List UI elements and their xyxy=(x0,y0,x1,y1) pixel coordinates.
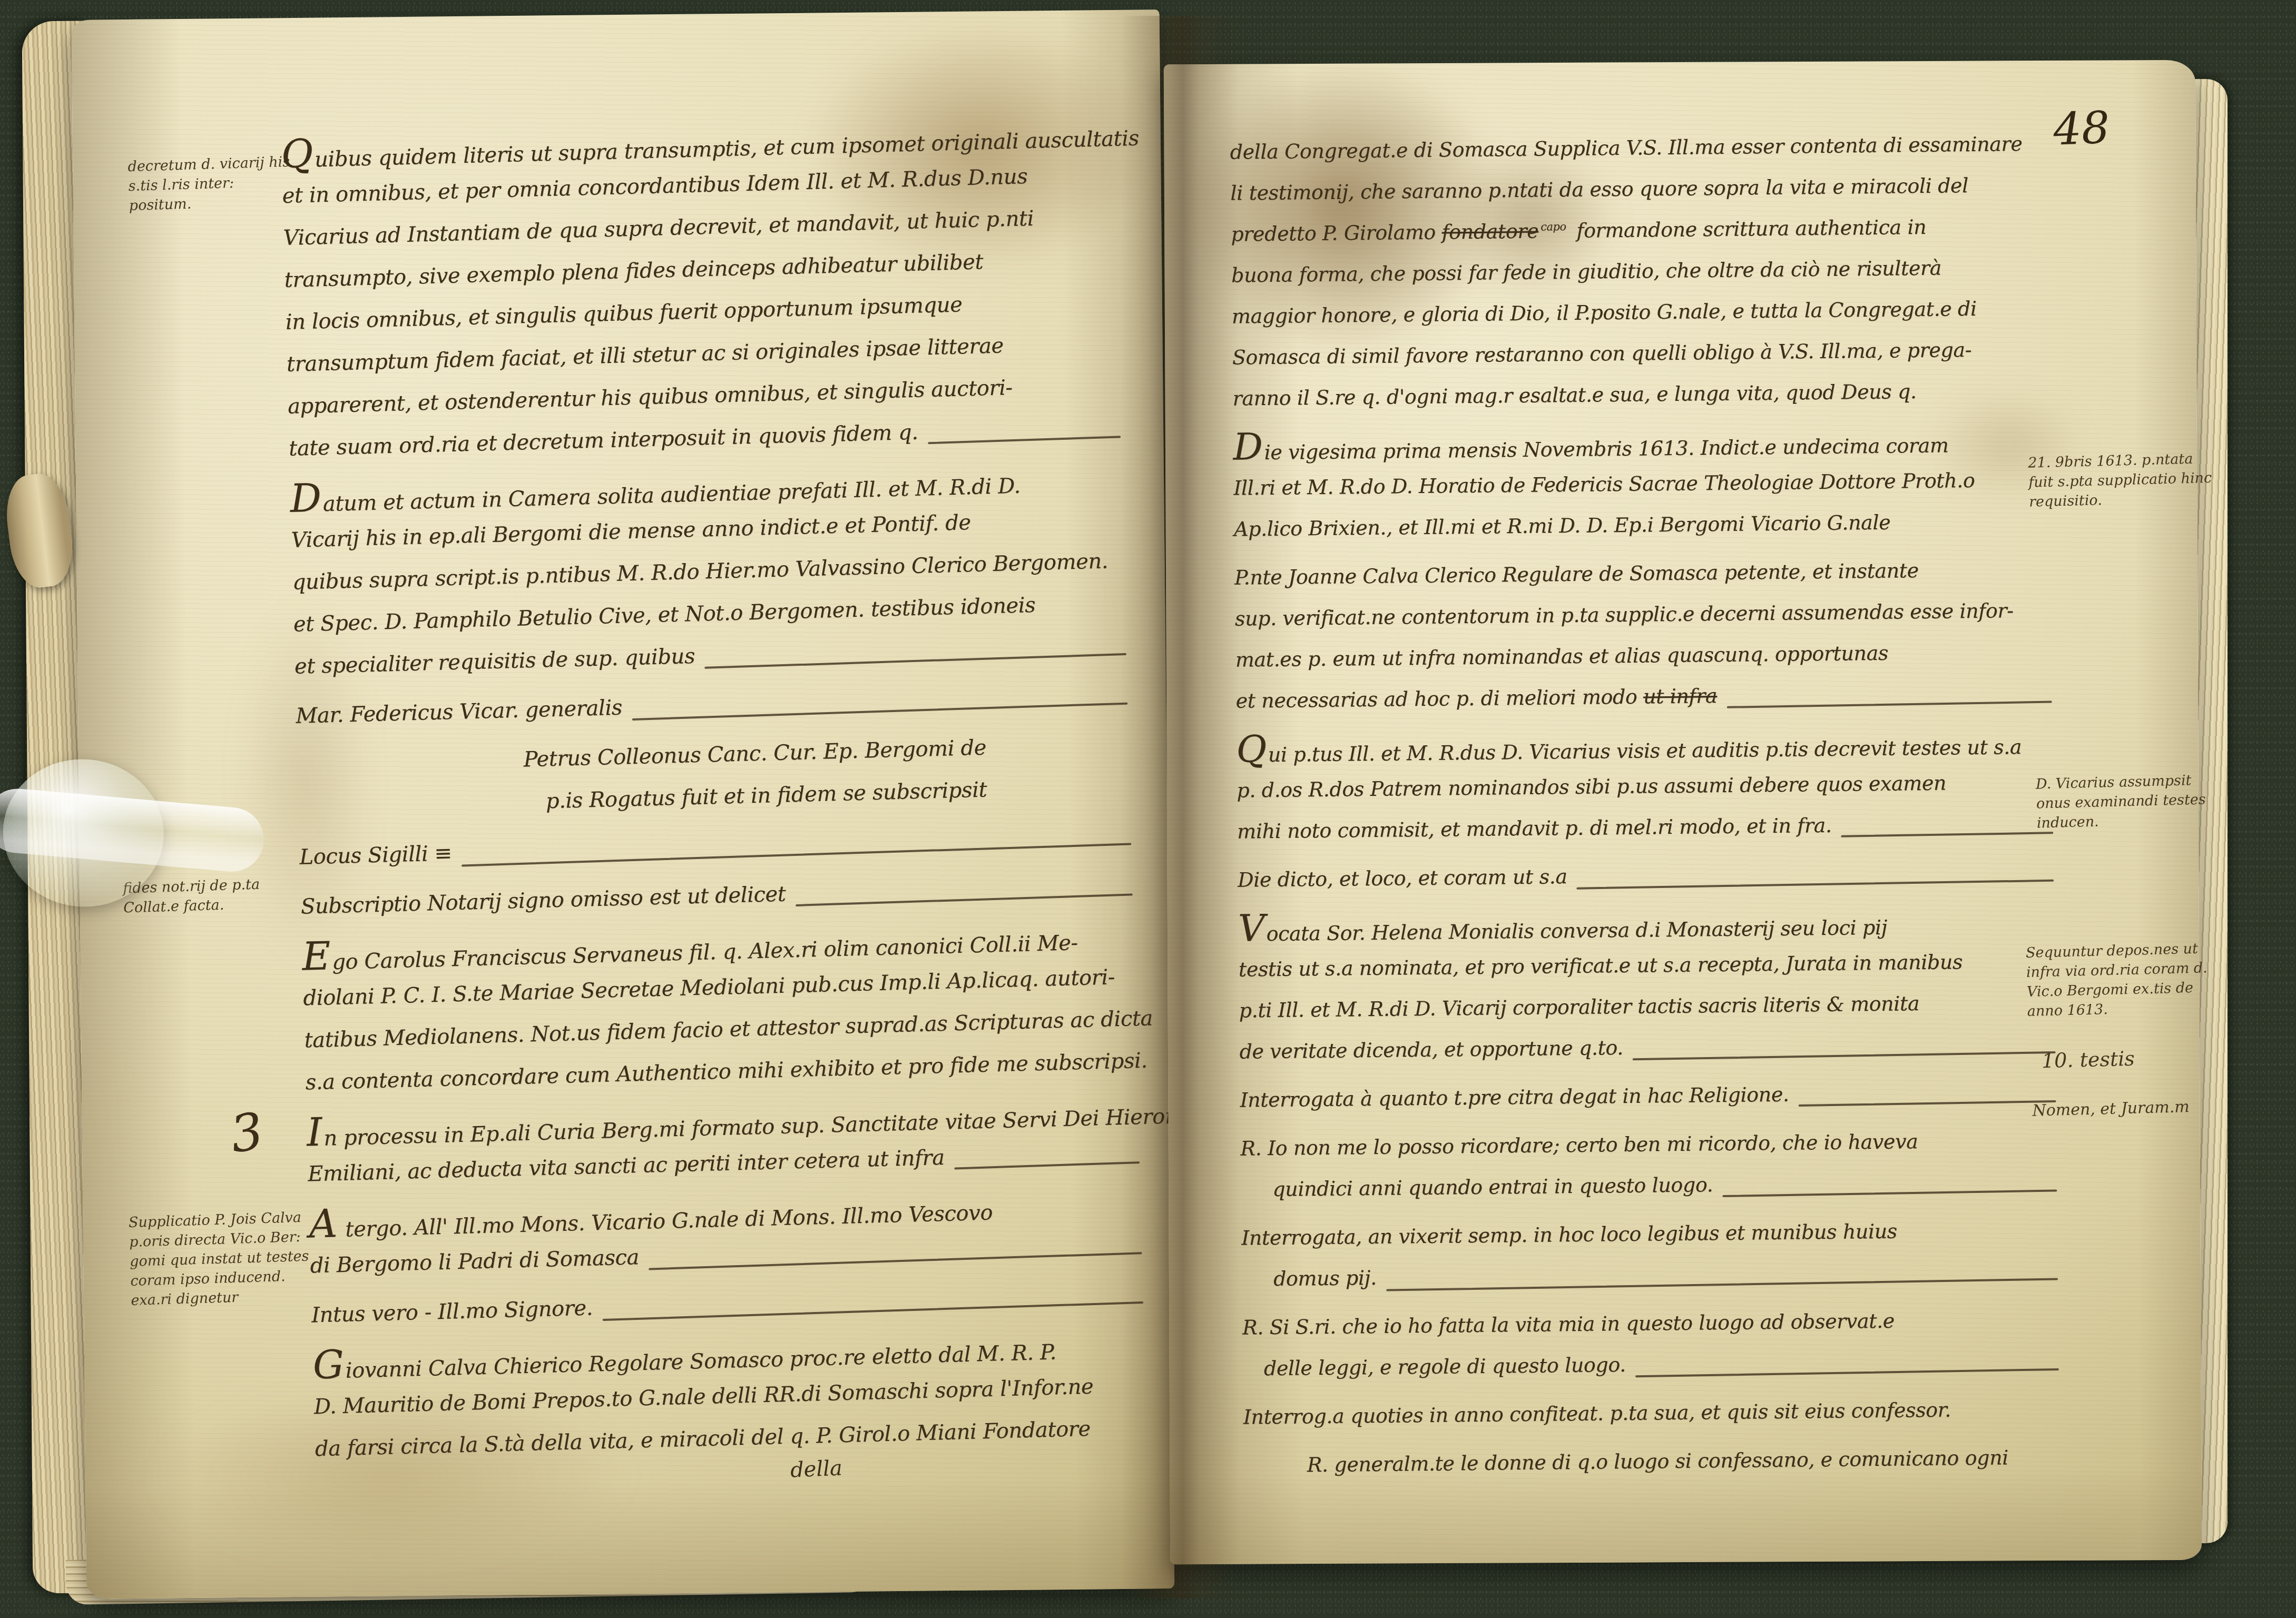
swash-initial: I xyxy=(306,1110,322,1156)
manuscript-line-text: delle leggi, e regole di questo luogo. xyxy=(1264,1353,1626,1380)
swash-initial: D xyxy=(1233,425,1263,469)
manuscript-line-text: quindici anni quando entrai in questo lu… xyxy=(1272,1173,1713,1201)
ink-rule xyxy=(1841,825,2054,841)
catchword: della xyxy=(790,1456,843,1482)
manuscript-line-text: et necessarias ad hoc p. di meliori modo… xyxy=(1235,684,1717,713)
margin-note-testis-number: 10. testis xyxy=(2042,1048,2200,1071)
ink-rule xyxy=(1386,1272,2058,1293)
manuscript-line: delle leggi, e regole di questo luogo. xyxy=(1264,1348,2063,1398)
paragraph: In processu in Ep.ali Curia Berg.mi form… xyxy=(307,1098,1144,1204)
paragraph: Quibus quidem literis ut supra transumpt… xyxy=(281,120,1124,479)
interlinear-correction: capo xyxy=(1541,220,1566,233)
ink-rule xyxy=(1799,1093,2056,1110)
manuscript-line-text: Qui p.tus Ill. et M. R.dus D. Vicarius v… xyxy=(1236,729,2022,767)
manuscript-line-text: Interrogata, an vixerit semp. in hoc loc… xyxy=(1241,1220,1897,1250)
manuscript-line-text: domus pij. xyxy=(1273,1266,1377,1290)
ink-rule xyxy=(954,1155,1140,1173)
swash-initial: G xyxy=(312,1342,345,1388)
paragraph: Vocata Sor. Helena Monialis conversa d.i… xyxy=(1238,908,2059,1081)
paragraph: R. generalm.te le donne di q.o luogo si … xyxy=(1244,1445,2064,1495)
manuscript-line-text: Vocata Sor. Helena Monialis conversa d.i… xyxy=(1238,910,1887,946)
paragraph: R. Si S.ri. che io ho fatta la vita mia … xyxy=(1242,1307,2063,1398)
manuscript-line-text: Interrogata à quanto t.pre citra degat i… xyxy=(1240,1083,1789,1112)
paragraph: Petrus Colleonus Canc. Cur. Ep. Bergomi … xyxy=(297,732,1134,837)
margin-note-vicarius: D. Vicarius assumpsit onus examinandi te… xyxy=(2036,770,2216,833)
paragraph: Ego Carolus Franciscus Servaneus fil. q.… xyxy=(302,922,1141,1112)
manuscript-line: de veritate dicenda, et opportune q.to. xyxy=(1239,1031,2059,1081)
left-page-text: Quibus quidem literis ut supra transumpt… xyxy=(281,120,1151,1479)
paragraph: della Congregat.e di Somasca Supplica V.… xyxy=(1230,132,2052,428)
right-page-text: della Congregat.e di Somasca Supplica V.… xyxy=(1230,132,2063,1495)
ink-rule xyxy=(1722,1183,2057,1200)
manuscript-line-text: P.nte Joanne Calva Clerico Regulare de S… xyxy=(1234,559,1919,589)
manuscript-line-text: Intus vero - Ill.mo Signore. xyxy=(311,1296,593,1327)
paragraph: A tergo. All' Ill.mo Mons. Vicario G.nal… xyxy=(309,1190,1146,1296)
paragraph: Interrog.a quoties in anno confiteat. p.… xyxy=(1243,1397,2063,1446)
paragraph: Interrogata à quanto t.pre citra degat i… xyxy=(1240,1080,2059,1129)
ink-rule xyxy=(602,1296,1143,1324)
paragraph: P.nte Joanne Calva Clerico Regulare de S… xyxy=(1234,557,2055,730)
manuscript-line: quindici anni quando entrai in questo lu… xyxy=(1272,1169,2060,1219)
margin-note-supplicatio: Supplicatio P. Jois Calva p.oris directa… xyxy=(129,1207,331,1310)
swash-initial: A xyxy=(309,1201,338,1247)
manuscript-line: Interrogata à quanto t.pre citra degat i… xyxy=(1240,1080,2059,1129)
manuscript-line: Interrog.a quoties in anno confiteat. p.… xyxy=(1243,1397,2063,1446)
struck-word: ut infra xyxy=(1643,684,1718,708)
margin-note-decretum: decretum d. vicarij his s.tis l.ris inte… xyxy=(127,152,295,216)
manuscript-line-text: della Congregat.e di Somasca Supplica V.… xyxy=(1230,132,2022,164)
ink-rule xyxy=(1726,694,2052,711)
manuscript-line: mihi noto commisit, et mandavit p. di me… xyxy=(1237,811,2057,861)
marginal-flourish: 3 xyxy=(227,1101,267,1165)
manuscript-line-text: R. generalm.te le donne di q.o luogo si … xyxy=(1307,1446,2009,1476)
manuscript-line-text: Mar. Federicus Vicar. generalis xyxy=(296,696,623,728)
paragraph: Interrogata, an vixerit semp. in hoc loc… xyxy=(1241,1218,2062,1308)
swash-initial: Q xyxy=(1236,727,1267,771)
paragraph: R. Io non me lo posso ricordare; certo b… xyxy=(1240,1128,2060,1219)
ink-rule xyxy=(928,429,1121,448)
ink-rule xyxy=(1635,1362,2059,1380)
ink-rule xyxy=(649,1246,1142,1273)
ink-rule xyxy=(704,647,1126,672)
manuscript-line: domus pij. xyxy=(1273,1259,2062,1308)
swash-initial: E xyxy=(301,933,331,979)
manuscript-line-text: Die vigesima prima mensis Novembris 1613… xyxy=(1233,428,1948,464)
paragraph: Qui p.tus Ill. et M. R.dus D. Vicarius v… xyxy=(1236,729,2056,861)
manuscript-photo: decretum d. vicarij his s.tis l.ris inte… xyxy=(0,0,2296,1618)
manuscript-line-text: Interrog.a quoties in anno confiteat. p.… xyxy=(1243,1398,1951,1429)
paragraph: Die dicto, et loco, et coram ut s.a xyxy=(1238,860,2057,909)
manuscript-line-text: Petrus Colleonus Canc. Cur. Ep. Bergomi … xyxy=(523,736,986,772)
manuscript-line-text: Die dicto, et loco, et coram ut s.a xyxy=(1238,865,1567,892)
paragraph: Giovanni Calva Chierico Regolare Somasco… xyxy=(312,1331,1151,1479)
manuscript-line-text: Locus Sigilli ≡ xyxy=(299,841,452,870)
margin-note-presentata: 21. 9bris 1613. p.ntata fuit s.pta suppl… xyxy=(2028,449,2214,512)
ink-rule xyxy=(796,887,1133,910)
swash-initial: Q xyxy=(280,131,313,177)
ink-rule xyxy=(1633,1045,2056,1063)
swash-initial: D xyxy=(290,475,322,521)
folio-number: 48 xyxy=(2052,102,2111,155)
ink-rule xyxy=(462,837,1132,869)
paragraph: Die vigesima prima mensis Novembris 1613… xyxy=(1233,427,2053,558)
ink-rule xyxy=(632,696,1128,723)
manuscript-line-text: Subscriptio Notarij signo omisso est ut … xyxy=(300,882,786,919)
struck-word: fondatore xyxy=(1441,220,1538,244)
manuscript-line: Ap.lico Brixien., et Ill.mi et R.mi D. D… xyxy=(1234,509,2054,558)
manuscript-line: R. generalm.te le donne di q.o luogo si … xyxy=(1307,1445,2064,1494)
manuscript-line-text: R. Si S.ri. che io ho fatta la vita mia … xyxy=(1242,1309,1895,1339)
swash-initial: V xyxy=(1238,906,1265,950)
manuscript-line: ranno il S.re q. d'ogni mag.r esaltat.e … xyxy=(1232,378,2052,428)
paragraph: Datum et actum in Camera solita audienti… xyxy=(290,464,1130,696)
manuscript-line: Die dicto, et loco, et coram ut s.a xyxy=(1238,860,2057,909)
manuscript-line-text: de veritate dicenda, et opportune q.to. xyxy=(1239,1036,1623,1063)
manuscript-line: et necessarias ad hoc p. di meliori modo… xyxy=(1235,680,2055,730)
glass-page-weight xyxy=(0,738,292,942)
manuscript-line-text: R. Io non me lo posso ricordare; certo b… xyxy=(1240,1130,1918,1160)
ink-rule xyxy=(1577,873,2054,892)
right-page: 48 21. 9bris 1613. p.ntata fuit s.pta su… xyxy=(1164,60,2202,1565)
